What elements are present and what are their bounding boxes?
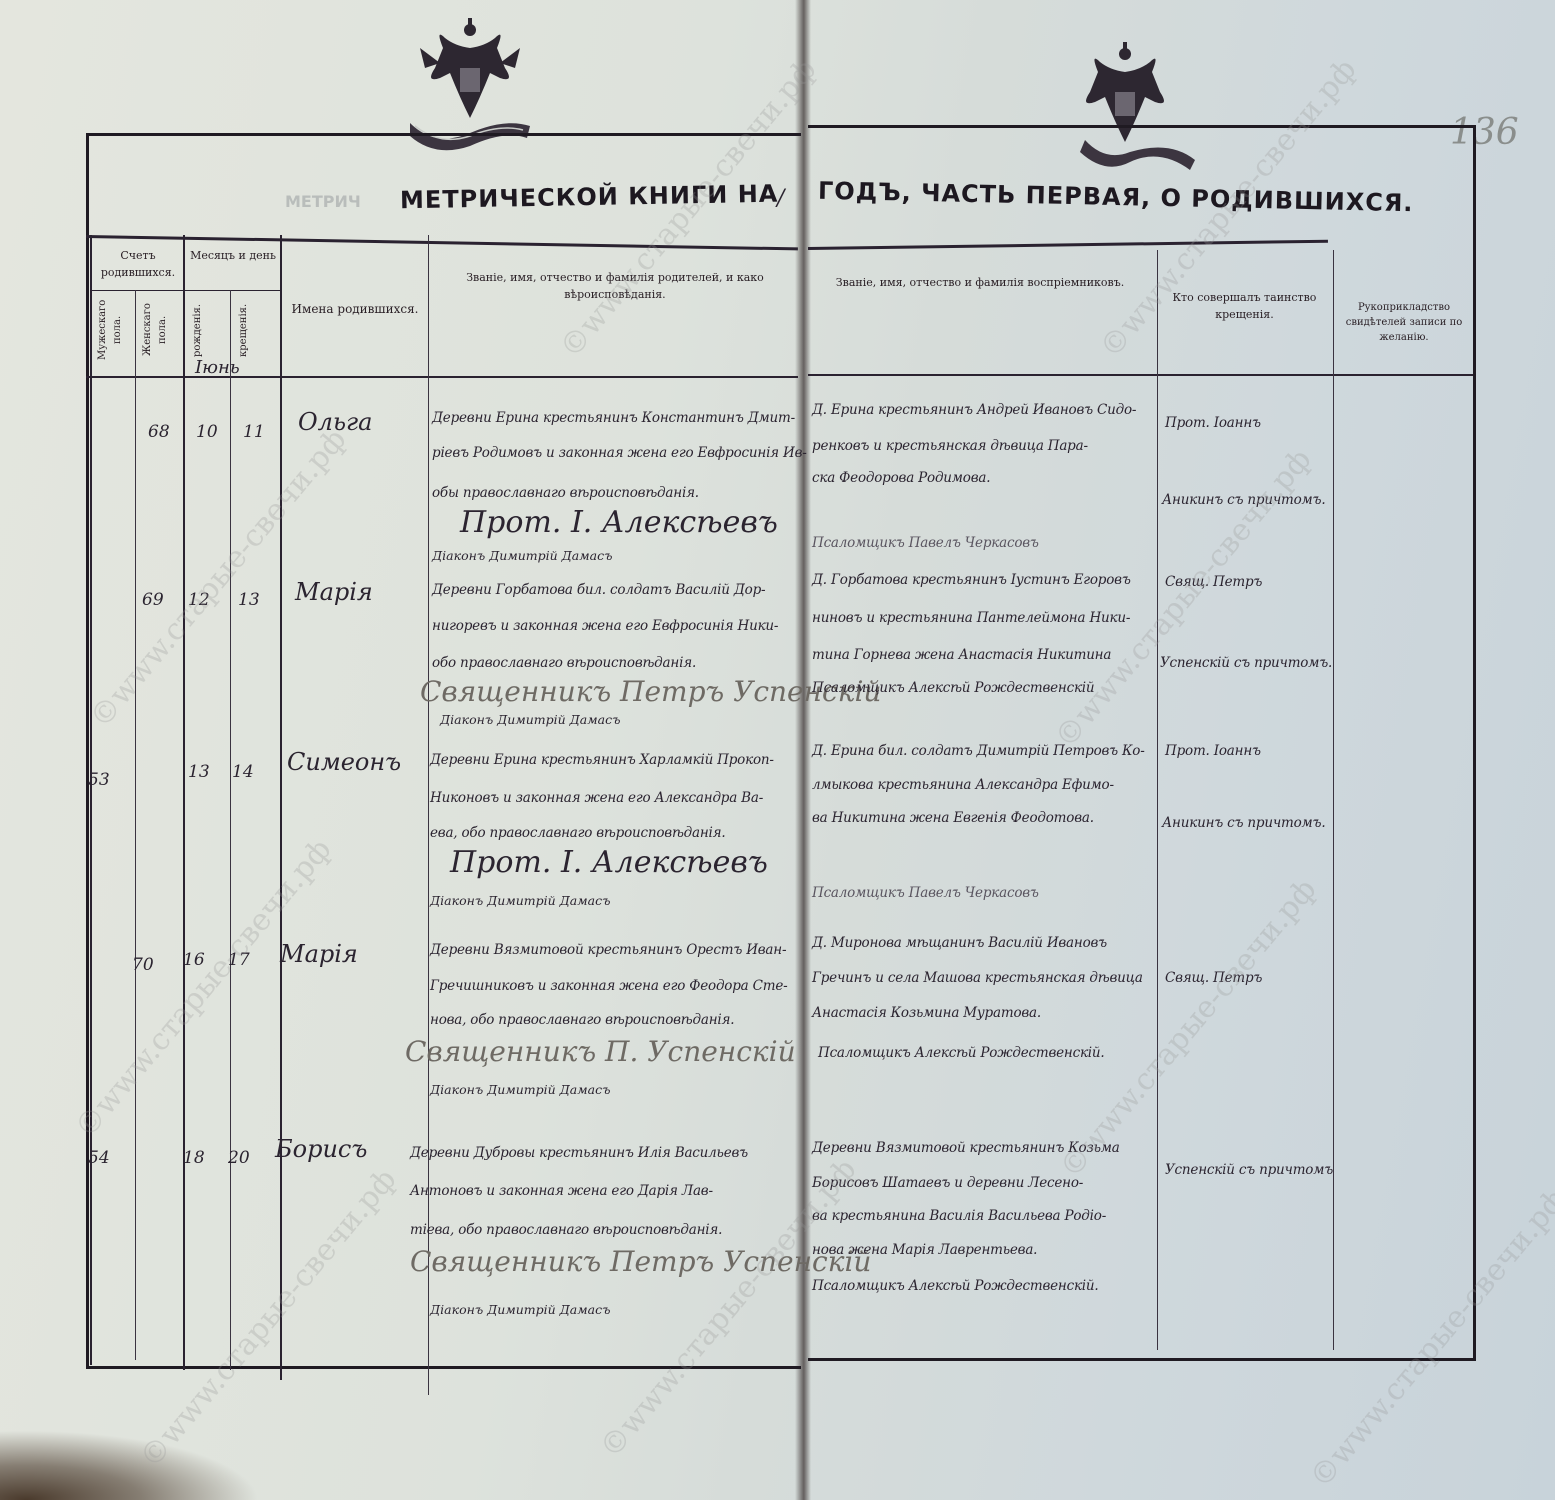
parents-line: ева, обо православнаго вѣроисповѣданія.: [430, 825, 726, 841]
baptism-day: 11: [243, 422, 265, 442]
parents-line: Деревни Дубровы крестьянинъ Илія Василье…: [410, 1145, 748, 1161]
parents-line: тіева, обо православнаго вѣроисповѣданія…: [410, 1222, 722, 1238]
godparents-line: Псаломщикъ Алексѣй Рождественскій.: [812, 1278, 1099, 1294]
godparents-line: тина Горнева жена Анастасія Никитина: [812, 647, 1111, 663]
parents-line: обо православнаго вѣроисповѣданія.: [432, 655, 696, 671]
godparents-line: Псаломщикъ Павелъ Черкасовъ: [812, 535, 1039, 551]
child-name: Симеонъ: [287, 748, 401, 776]
clergy-signature: Священникъ П. Успенскій: [405, 1035, 796, 1068]
male-number: 54: [88, 1148, 110, 1168]
child-name: Марія: [280, 940, 358, 968]
col-line: [280, 235, 282, 1380]
godparents-line: ва крестьянина Василія Васильева Родіо-: [812, 1208, 1106, 1224]
godparents-line: Псаломщикъ Павелъ Черкасовъ: [812, 885, 1039, 901]
godparents-line: ска Феодорова Родимова.: [812, 470, 990, 486]
header-bottom-rule-left: [86, 376, 798, 378]
godparents-line: лмыкова крестьянина Александра Ефимо-: [812, 777, 1114, 793]
baptism-day: 20: [228, 1148, 250, 1168]
deacon-signature: Діаконъ Димитрій Дамасъ: [440, 712, 620, 727]
officiant: Прот. Іоаннъ: [1165, 743, 1261, 759]
parents-line: ріевъ Родимовъ и законная жена его Евфро…: [432, 445, 807, 461]
col-line: [230, 290, 231, 1370]
col-line: [183, 235, 185, 1370]
female-number: 70: [132, 955, 154, 975]
col-line: [1333, 250, 1334, 1350]
deacon-signature: Діаконъ Димитрій Дамасъ: [430, 1302, 610, 1317]
header-baptism: крещенія.: [236, 300, 272, 360]
officiant: Прот. Іоаннъ: [1165, 415, 1261, 431]
officiant: Аникинъ съ причтомъ.: [1162, 815, 1325, 831]
clergy-signature: Прот. І. Алексѣевъ: [450, 845, 768, 880]
book-cover-corner: [0, 1430, 260, 1500]
female-number: 68: [148, 422, 170, 442]
deacon-signature: Діаконъ Димитрій Дамасъ: [430, 893, 610, 908]
header-month-day: Месяцъ и день: [186, 248, 280, 265]
header-godparents: Званіе, имя, отчество и фамилія воспріем…: [820, 275, 1140, 292]
header-bottom-rule-right: [808, 374, 1473, 376]
header-birth: рожденія.: [190, 300, 226, 360]
godparents-line: Д. Ерина бил. солдатъ Димитрій Петровъ К…: [812, 743, 1145, 759]
child-name: Борисъ: [275, 1135, 367, 1163]
col-line: [90, 235, 92, 1365]
godparents-line: нова жена Марія Лаврентьева.: [812, 1242, 1037, 1258]
baptism-day: 13: [238, 590, 260, 610]
clergy-signature: Священникъ Петръ Успенскій: [410, 1245, 871, 1278]
col-line: [135, 290, 136, 1360]
deacon-signature: Діаконъ Димитрій Дамасъ: [430, 1082, 610, 1097]
parents-line: Гречишниковъ и законная жена его Феодора…: [430, 978, 788, 994]
open-register-book: 136 МЕТРИЧ Метрической книги на / годъ, …: [0, 0, 1555, 1500]
parents-line: Деревни Ерина крестьянинъ Харламкій Прок…: [430, 752, 774, 768]
header-officiant: Кто совершалъ таинство крещенія.: [1162, 290, 1327, 323]
parents-line: Деревни Вязмитовой крестьянинъ Орестъ Ив…: [430, 942, 786, 958]
parents-line: Деревни Горбатова бил. солдатъ Василій Д…: [432, 582, 765, 598]
female-number: 69: [142, 590, 164, 610]
godparents-line: Д. Миронова мѣщанинъ Василій Ивановъ: [812, 935, 1107, 951]
parents-line: Деревни Ерина крестьянинъ Константинъ Дм…: [432, 410, 795, 426]
col-line: [1157, 250, 1158, 1350]
birth-day: 18: [183, 1148, 205, 1168]
child-name: Марія: [295, 578, 373, 606]
clergy-signature: Прот. І. Алексѣевъ: [460, 505, 778, 540]
godparents-line: Д. Горбатова крестьянинъ Іустинъ Егоровъ: [812, 572, 1131, 588]
deacon-signature: Діаконъ Димитрій Дамасъ: [432, 548, 612, 563]
godparents-line: Псаломщикъ Алексѣй Рождественскій: [812, 680, 1094, 696]
birth-day: 10: [196, 422, 218, 442]
officiant: Успенскій съ причтомъ.: [1160, 655, 1332, 671]
header-male: Мужескаго пола.: [95, 295, 133, 365]
parents-line: Антоновъ и законная жена его Дарія Лав-: [410, 1183, 713, 1199]
godparents-line: Псаломщикъ Алексѣй Рождественскій.: [818, 1045, 1105, 1061]
godparents-line: ниновъ и крестьянина Пантелеймона Ники-: [812, 610, 1130, 626]
parents-line: нова, обо православнаго вѣроисповѣданія.: [430, 1012, 734, 1028]
godparents-line: Гречинъ и села Машова крестьянская дѣвиц…: [812, 970, 1143, 986]
header-witnesses: Рукоприкладство свидѣтелей записи по жел…: [1338, 300, 1470, 345]
godparents-line: Д. Ерина крестьянинъ Андрей Ивановъ Сидо…: [812, 402, 1136, 418]
parents-line: Никоновъ и законная жена его Александра …: [430, 790, 763, 806]
month-written: Іюнь: [195, 357, 240, 378]
birth-day: 13: [188, 762, 210, 782]
header-count-born: Счетъ родившихся.: [93, 248, 183, 281]
parents-line: нигоревъ и законная жена его Евфросинія …: [432, 618, 778, 634]
godparents-line: ва Никитина жена Евгенія Феодотова.: [812, 810, 1094, 826]
baptism-day: 14: [232, 762, 254, 782]
godparents-line: ренковъ и крестьянская дѣвица Пара-: [812, 438, 1088, 454]
col-line: [428, 235, 429, 1395]
header-names: Имена родившихся.: [284, 300, 426, 318]
male-number: 53: [88, 770, 110, 790]
header-female: Женскаго пола.: [140, 295, 178, 365]
subheader-rule: [90, 290, 280, 291]
godparents-line: Анастасія Козьмина Муратова.: [812, 1005, 1041, 1021]
parents-line: обы православнаго вѣроисповѣданія.: [432, 485, 699, 501]
officiant: Успенскій съ причтомъ: [1165, 1162, 1333, 1178]
